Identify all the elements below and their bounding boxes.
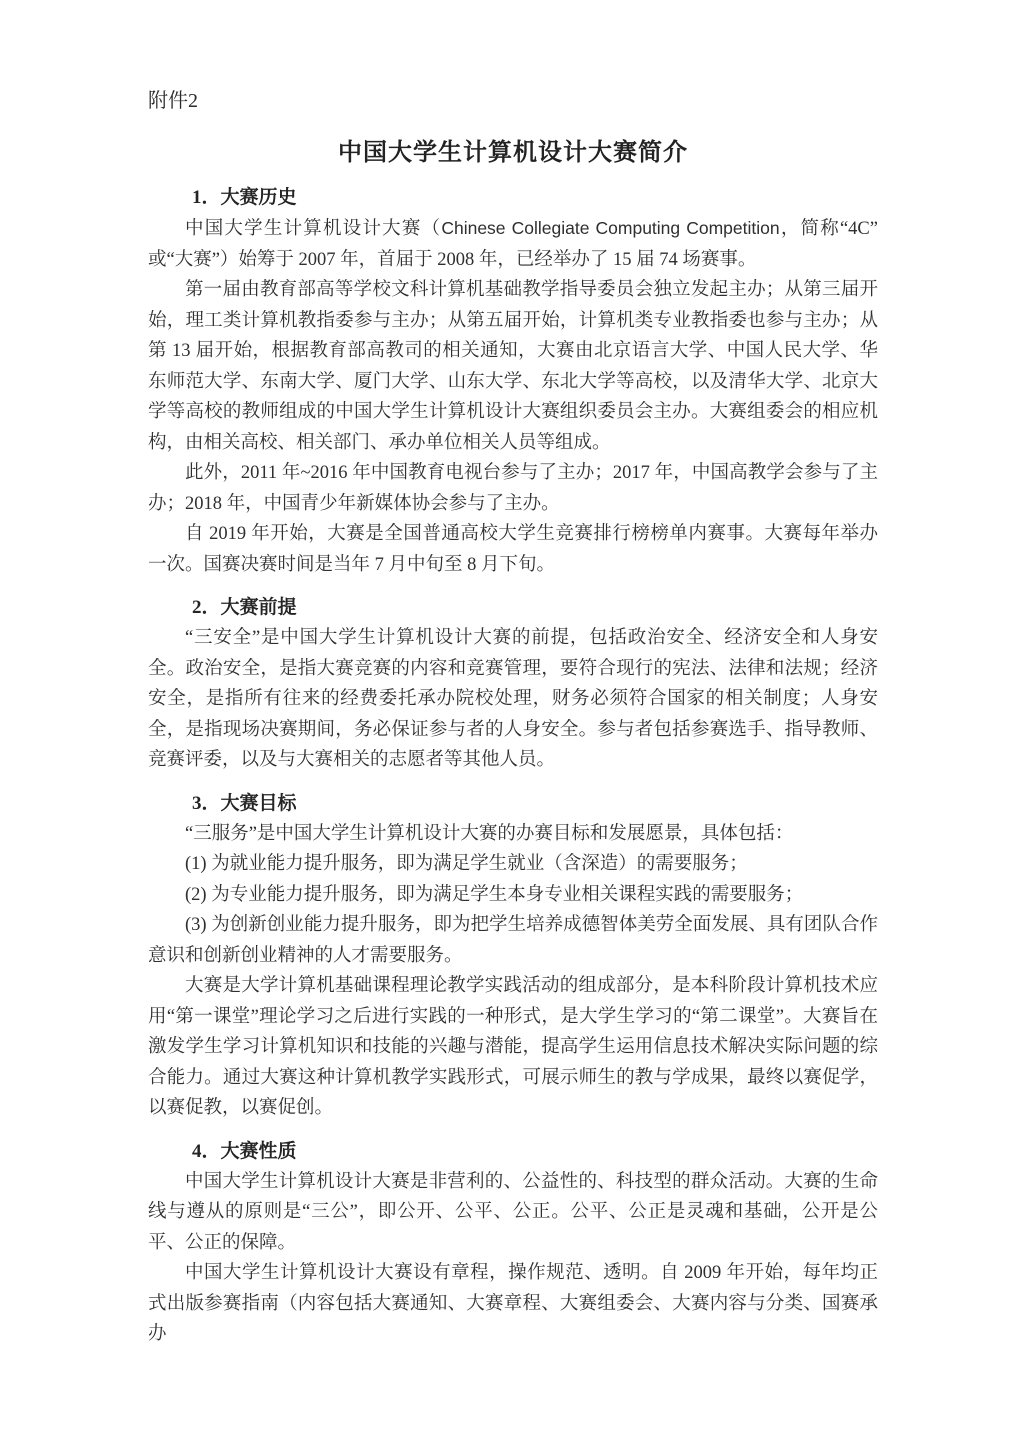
document-page: 附件2 中国大学生计算机设计大赛简介 1．大赛历史中国大学生计算机设计大赛（Ch…: [0, 0, 1024, 1448]
latin-text: Chinese Collegiate Computing Competition: [441, 218, 779, 238]
section-heading-4: 4．大赛性质: [192, 1136, 878, 1167]
paragraph: 大赛是大学计算机基础课程理论教学实践活动的组成部分，是本科阶段计算机技术应用“第…: [148, 971, 878, 1124]
paragraph: 中国大学生计算机设计大赛（Chinese Collegiate Computin…: [148, 213, 878, 275]
paragraph: “三安全”是中国大学生计算机设计大赛的前提，包括政治安全、经济安全和人身安全。政…: [148, 623, 878, 776]
paragraph: 此外，2011 年~2016 年中国教育电视台参与了主办；2017 年，中国高教…: [148, 458, 878, 519]
paragraph: 中国大学生计算机设计大赛设有章程，操作规范、透明。自 2009 年开始，每年均正…: [148, 1258, 878, 1350]
cjk-text: 中国大学生计算机设计大赛（: [185, 219, 441, 239]
paragraph: (2) 为专业能力提升服务，即为满足学生本身专业相关课程实践的需要服务；: [148, 880, 878, 911]
paragraph: (3) 为创新创业能力提升服务，即为把学生培养成德智体美劳全面发展、具有团队合作…: [148, 910, 878, 971]
paragraph: “三服务”是中国大学生计算机设计大赛的办赛目标和发展愿景，具体包括：: [148, 819, 878, 850]
sections: 1．大赛历史中国大学生计算机设计大赛（Chinese Collegiate Co…: [148, 182, 878, 1350]
section-heading-1: 1．大赛历史: [192, 182, 878, 213]
paragraph: 第一届由教育部高等学校文科计算机基础教学指导委员会独立发起主办；从第三届开始，理…: [148, 275, 878, 458]
document-title: 中国大学生计算机设计大赛简介: [148, 136, 878, 170]
paragraph: 中国大学生计算机设计大赛是非营利的、公益性的、科技型的群众活动。大赛的生命线与遵…: [148, 1167, 878, 1259]
paragraph: 自 2019 年开始，大赛是全国普通高校大学生竞赛排行榜榜单内赛事。大赛每年举办…: [148, 519, 878, 580]
attachment-label: 附件2: [148, 88, 878, 114]
section-heading-2: 2．大赛前提: [192, 592, 878, 623]
paragraph: (1) 为就业能力提升服务，即为满足学生就业（含深造）的需要服务；: [148, 849, 878, 880]
section-heading-3: 3．大赛目标: [192, 788, 878, 819]
